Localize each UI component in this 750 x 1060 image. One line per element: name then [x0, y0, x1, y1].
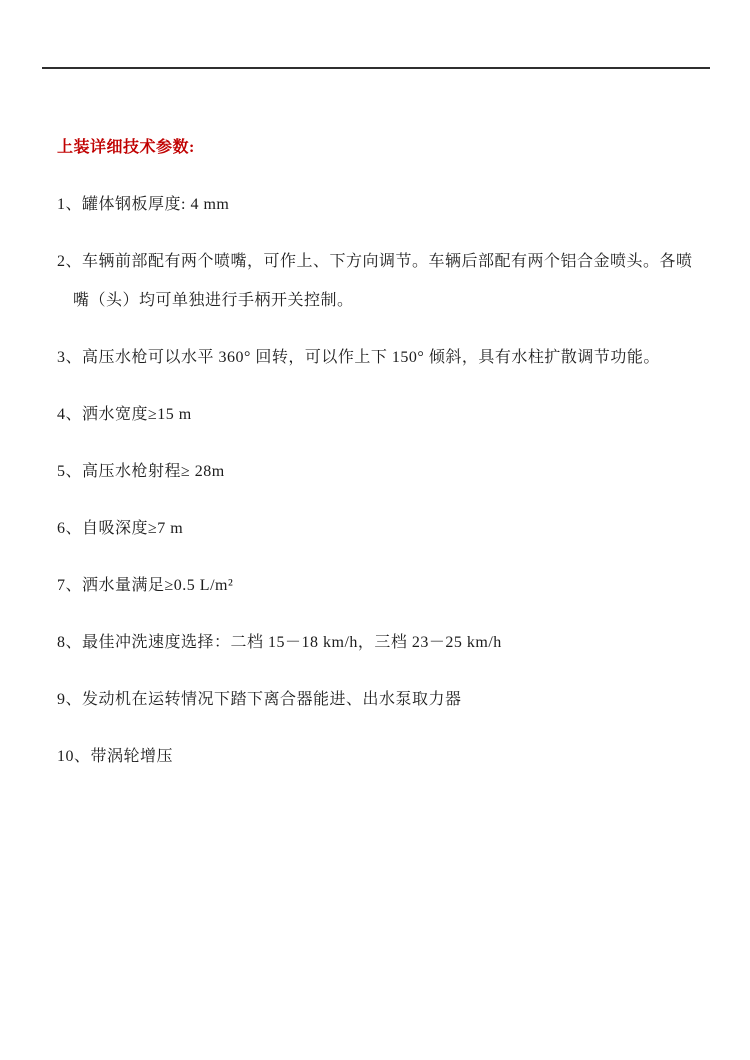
item-number: 3、: [57, 349, 82, 366]
item-text: 发动机在运转情况下踏下离合器能进、出水泵取力器: [82, 691, 462, 708]
document-page: 上装详细技术参数: 1、罐体钢板厚度: 4 mm 2、车辆前部配有两个喷嘴，可作…: [0, 0, 750, 1060]
item-text: 高压水枪射程≥ 28m: [82, 463, 225, 480]
list-item: 9、发动机在运转情况下踏下离合器能进、出水泵取力器: [57, 680, 705, 719]
item-text: 带涡轮增压: [91, 748, 174, 765]
list-item: 6、自吸深度≥7 m: [57, 509, 705, 548]
list-item: 5、高压水枪射程≥ 28m: [57, 452, 705, 491]
list-item: 10、带涡轮增压: [57, 737, 705, 776]
list-item: 8、最佳冲洗速度选择：二档 15－18 km/h，三档 23－25 km/h: [57, 623, 705, 662]
section-heading: 上装详细技术参数:: [57, 128, 705, 167]
item-number: 9、: [57, 691, 82, 708]
item-text: 车辆前部配有两个喷嘴，可作上、下方向调节。车辆后部配有两个铝合金喷头。各喷嘴（头…: [73, 253, 693, 309]
header-separator-line: [42, 67, 710, 69]
list-item: 7、洒水量满足≥0.5 L/m²: [57, 566, 705, 605]
item-number: 10、: [57, 748, 91, 765]
list-item: 4、洒水宽度≥15 m: [57, 395, 705, 434]
item-text: 洒水宽度≥15 m: [82, 406, 192, 423]
list-item: 3、高压水枪可以水平 360° 回转，可以作上下 150° 倾斜，具有水柱扩散调…: [57, 338, 705, 377]
item-number: 4、: [57, 406, 82, 423]
item-number: 5、: [57, 463, 82, 480]
item-number: 8、: [57, 634, 82, 651]
document-content: 上装详细技术参数: 1、罐体钢板厚度: 4 mm 2、车辆前部配有两个喷嘴，可作…: [57, 128, 705, 794]
item-text: 罐体钢板厚度: 4 mm: [82, 196, 229, 213]
item-number: 7、: [57, 577, 82, 594]
item-text: 最佳冲洗速度选择：二档 15－18 km/h，三档 23－25 km/h: [82, 634, 502, 651]
list-item: 1、罐体钢板厚度: 4 mm: [57, 185, 705, 224]
item-number: 6、: [57, 520, 82, 537]
list-item: 2、车辆前部配有两个喷嘴，可作上、下方向调节。车辆后部配有两个铝合金喷头。各喷嘴…: [57, 242, 705, 320]
item-text: 高压水枪可以水平 360° 回转，可以作上下 150° 倾斜，具有水柱扩散调节功…: [82, 349, 660, 366]
item-text: 自吸深度≥7 m: [82, 520, 183, 537]
item-number: 1、: [57, 196, 82, 213]
item-number: 2、: [57, 253, 82, 270]
item-text: 洒水量满足≥0.5 L/m²: [82, 577, 233, 594]
